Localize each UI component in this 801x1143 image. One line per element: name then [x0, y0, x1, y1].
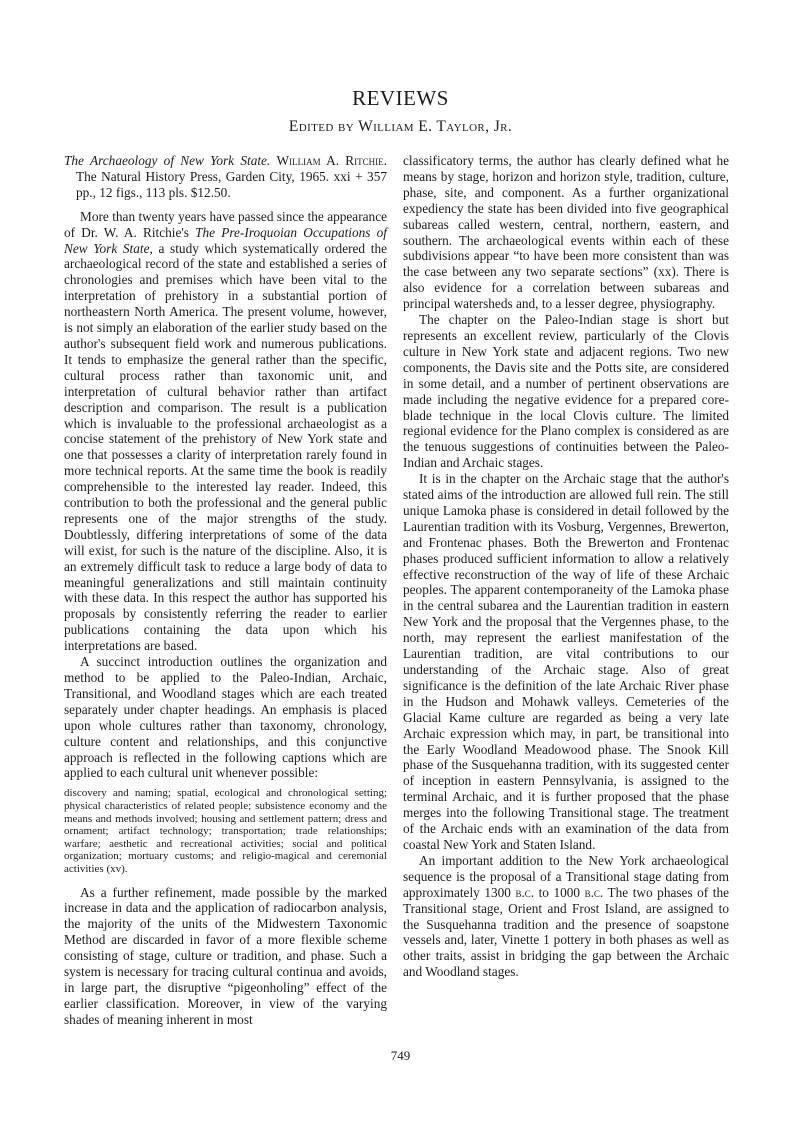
- section-title: REVIEWS: [0, 86, 801, 111]
- book-publication-details: The Natural History Press, Garden City, …: [76, 169, 387, 200]
- era-abbrev: b.c.: [515, 885, 534, 900]
- paragraph: A succinct introduction outlines the org…: [64, 654, 387, 781]
- book-title: The Archaeology of New York State.: [64, 153, 270, 168]
- left-column: The Archaeology of New York State. Willi…: [64, 153, 387, 1028]
- paragraph: It is in the chapter on the Archaic stag…: [403, 471, 729, 853]
- paragraph-text: to 1000: [534, 885, 585, 900]
- captions-quote: discovery and naming; spatial, ecologica…: [64, 787, 387, 875]
- paragraph: The chapter on the Paleo-Indian stage is…: [403, 312, 729, 471]
- paragraph: An important addition to the New York ar…: [403, 853, 729, 980]
- right-column: classificatory terms, the author has cle…: [403, 153, 729, 980]
- book-author: William A. Ritchie.: [277, 153, 387, 168]
- era-abbrev: b.c.: [585, 885, 604, 900]
- paragraph-continued: classificatory terms, the author has cle…: [403, 153, 729, 312]
- journal-page: REVIEWS Edited by William E. Taylor, Jr.…: [0, 0, 801, 1143]
- paragraph: As a further refinement, made possible b…: [64, 885, 387, 1028]
- editor-byline: Edited by William E. Taylor, Jr.: [0, 118, 801, 136]
- paragraph-text: , a study which systematically ordered t…: [64, 241, 387, 654]
- book-citation: The Archaeology of New York State. Willi…: [64, 153, 387, 201]
- page-number: 749: [0, 1048, 801, 1064]
- paragraph: More than twenty years have passed since…: [64, 209, 387, 654]
